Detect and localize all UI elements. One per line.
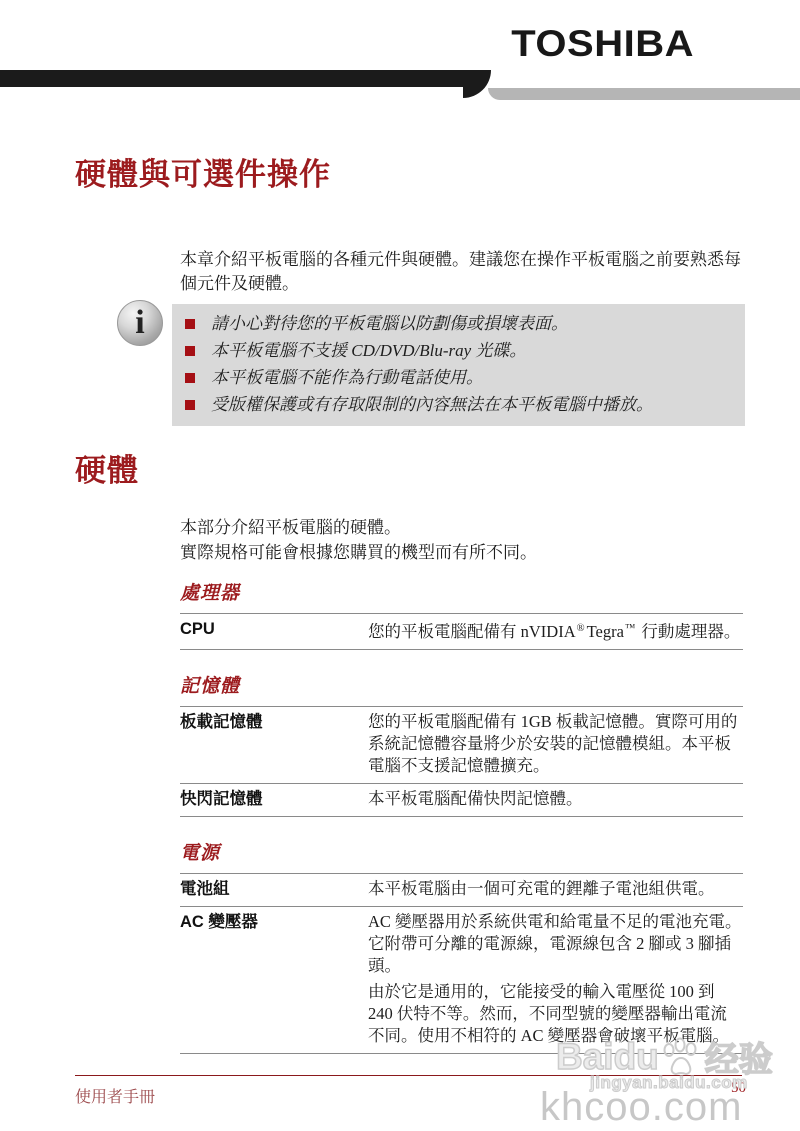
spec-table-power: 電池組 本平板電腦由一個可充電的鋰離子電池組供電。 AC 變壓器 AC 變壓器用… [180,873,743,1054]
header-rule-dark [0,70,464,87]
footer-manual-label: 使用者手冊 [75,1084,155,1107]
baidu-url-watermark: jingyan.baidu.com [590,1073,748,1093]
toshiba-logo: TOSHIBA [511,24,694,65]
spec-label: 快閃記憶體 [180,788,368,810]
spec-label: 板載記憶體 [180,711,368,777]
note-item: 請小心對待您的平板電腦以防劃傷或損壞表面。 [184,310,733,337]
spec-paragraph: AC 變壓器用於系統供電和給電量不足的電池充電。它附帶可分離的電源線，電源線包含… [368,911,743,977]
section-body-line: 本部分介紹平板電腦的硬體。 [180,516,746,540]
note-item: 本平板電腦不支援 CD/DVD/Blu-ray 光碟。 [184,337,733,364]
spec-paragraph: 由於它是通用的，它能接受的輸入電壓從 100 到 240 伏特不等。然而，不同型… [368,981,743,1047]
bullet-square-icon [185,400,195,410]
subsection-title-memory: 記憶體 [180,676,800,698]
spec-label: AC 變壓器 [180,911,368,1047]
section-body-line: 實際規格可能會根據您購買的機型而有所不同。 [180,541,746,565]
note-text: 受版權保護或有存取限制的內容無法在本平板電腦中播放。 [211,391,653,418]
table-row: 快閃記憶體 本平板電腦配備快閃記憶體。 [180,784,743,817]
table-row: 板載記憶體 您的平板電腦配備有 1GB 板載記憶體。實際可用的系統記憶體容量將少… [180,707,743,784]
footer-rule [75,1075,742,1076]
trademark-mark: ™ [625,623,635,634]
spec-value: 您的平板電腦配備有 1GB 板載記憶體。實際可用的系統記憶體容量將少於安裝的記憶… [368,711,743,777]
info-icon: i [117,300,163,346]
section-title-hardware: 硬體 [75,454,800,488]
note-box: 請小心對待您的平板電腦以防劃傷或損壞表面。 本平板電腦不支援 CD/DVD/Bl… [172,304,745,426]
subsection-title-power: 電源 [180,843,800,865]
khcoo-watermark: khcoo.com [540,1085,742,1130]
bullet-square-icon [185,346,195,356]
spec-value: 本平板電腦配備快閃記憶體。 [368,788,743,810]
spec-label: CPU [180,618,368,643]
table-row: 電池組 本平板電腦由一個可充電的鋰離子電池組供電。 [180,874,743,907]
spec-table-memory: 板載記憶體 您的平板電腦配備有 1GB 板載記憶體。實際可用的系統記憶體容量將少… [180,706,743,817]
bullet-square-icon [185,319,195,329]
note-item: 受版權保護或有存取限制的內容無法在本平板電腦中播放。 [184,391,733,418]
header-rule-light [488,88,800,100]
page-number: 50 [731,1080,746,1097]
chapter-intro: 本章介紹平板電腦的各種元件與硬體。建議您在操作平板電腦之前要熟悉每個元件及硬體。 [180,248,746,296]
spec-label: 電池組 [180,878,368,900]
spec-value: AC 變壓器用於系統供電和給電量不足的電池充電。它附帶可分離的電源線，電源線包含… [368,911,743,1047]
note-text: 請小心對待您的平板電腦以防劃傷或損壞表面。 [211,310,568,337]
table-row: AC 變壓器 AC 變壓器用於系統供電和給電量不足的電池充電。它附帶可分離的電源… [180,907,743,1054]
note-item: 本平板電腦不能作為行動電話使用。 [184,364,733,391]
spec-paragraph: 您的平板電腦配備有 1GB 板載記憶體。實際可用的系統記憶體容量將少於安裝的記憶… [368,711,743,777]
table-row: CPU 您的平板電腦配備有 nVIDIA®Tegra™ 行動處理器。 [180,614,743,650]
note-text: 本平板電腦不支援 CD/DVD/Blu-ray 光碟。 [211,337,526,364]
cpu-value: 您的平板電腦配備有 nVIDIA®Tegra™ 行動處理器。 [368,618,743,643]
chapter-title: 硬體與可選件操作 [75,158,800,192]
spec-paragraph: 本平板電腦配備快閃記憶體。 [368,788,743,810]
spec-value: 您的平板電腦配備有 nVIDIA®Tegra™ 行動處理器。 [368,618,743,643]
manual-page: TOSHIBA 硬體與可選件操作 本章介紹平板電腦的各種元件與硬體。建議您在操作… [0,0,800,1131]
spec-paragraph: 本平板電腦由一個可充電的鋰離子電池組供電。 [368,878,743,900]
spec-value: 本平板電腦由一個可充電的鋰離子電池組供電。 [368,878,743,900]
spec-table-processor: CPU 您的平板電腦配備有 nVIDIA®Tegra™ 行動處理器。 [180,613,743,650]
subsection-title-processor: 處理器 [180,583,800,605]
registered-mark: ® [577,623,585,634]
note-text: 本平板電腦不能作為行動電話使用。 [211,364,483,391]
bullet-square-icon [185,373,195,383]
